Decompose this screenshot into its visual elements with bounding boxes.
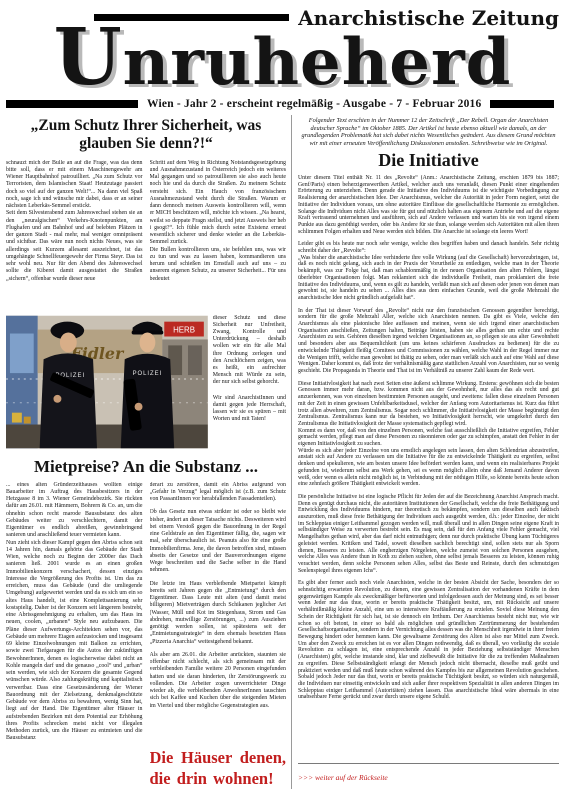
initiative-p5: Diese Initiativlosigkeit hat nach zwei S… [298, 381, 559, 428]
right-column: Folgender Text erschien in der Nummer 12… [291, 115, 559, 789]
article1-col1-p2: Seit dem Silvesterabend zum Jahreswechse… [6, 210, 143, 283]
article1-col2: Schritt auf dem Weg in Richtung Notstand… [150, 160, 287, 312]
initiative-p7: Würde es sich aber jeder Einzelne von un… [298, 448, 559, 488]
continuation-note: >>> weiter auf der Rückseite [298, 773, 388, 782]
article1-col1-p1: schnauzt mich der Bulle an auf die Frage… [6, 160, 143, 211]
article1-col2-p1: Schritt auf dem Weg in Richtung Notstand… [150, 160, 287, 247]
masthead-bar [94, 14, 289, 21]
article1-text: schnauzt mich der Bulle an auf die Frage… [6, 160, 286, 312]
continuation-footer: >>> weiter auf der Rückseite [298, 763, 559, 789]
page-columns: „Zum Schutz Ihrer Sicherheit, was glaube… [6, 115, 559, 790]
article2-text: ... eines alten Gründerzeithauses wollte… [6, 482, 286, 790]
officer-left-face [60, 332, 77, 352]
article2-slogan: Die Häuser denen, die drin wohnen! [150, 748, 287, 789]
dateline-bar-left [6, 100, 138, 108]
initiative-p2: Leider gibt es bis heute nur noch sehr w… [298, 241, 559, 254]
article2-col2: derart zu zerstören, damit ein Abriss au… [150, 482, 287, 790]
officer-right-face [140, 332, 156, 352]
article2-col1-p2: Nun zieht sich dieser Kampf gegen den Ab… [6, 540, 143, 743]
masthead-dateline-row: Wien - Jahr 2 - erscheint regelmäßig - A… [6, 98, 559, 110]
newspaper-front-page: Anarchistische Zeitung Unruheherd Wien -… [0, 0, 566, 790]
initiative-p6: Kommt es dann vor, daß von den einzelnen… [298, 428, 559, 448]
photo-side-p2: Wir sind AnarchistInnen und damit gegen … [213, 395, 286, 424]
newspaper-title: Unruheherd [6, 23, 559, 98]
article2-col1: ... eines alten Gründerzeithauses wollte… [6, 482, 143, 790]
photo-side-p1: dieser Schutz und diese Sicherheit nur U… [213, 315, 286, 387]
article1-col1: schnauzt mich der Bulle an auf die Frage… [6, 160, 143, 312]
article2-col2-p3: Die letzte im Haus verbleibende Mietpart… [150, 581, 287, 646]
article2-headline: Mietpreise? An die Substanz ... [6, 457, 286, 477]
initiative-p8: Die persönliche Initiative ist eine logi… [298, 494, 559, 574]
article1-headline: „Zum Schutz Ihrer Sicherheit, was glaube… [10, 117, 282, 154]
article2-col2-p2: Ob das Gesetz nun etwas strikter ist ode… [150, 509, 287, 574]
article2-col2-p4: Als aber am 26.01. die Arbeiter anrückte… [150, 652, 287, 710]
initiative-headline: Die Initiative [298, 150, 559, 171]
article1-photo-side-text: dieser Schutz und diese Sicherheit nur U… [213, 315, 286, 449]
police-officers-photo: Fidler HERB POLIZ [6, 315, 208, 449]
initiative-p1: Unter diesem Titel enthält Nr. 11 des „R… [298, 175, 559, 235]
initiative-intro: Folgender Text erschien in der Nummer 12… [300, 117, 557, 147]
red-sign-text: HERB [173, 325, 195, 334]
article2-col2-text: derart zu zerstören, damit ein Abriss au… [150, 482, 287, 745]
article2-col1-p1: ... eines alten Gründerzeithauses wollte… [6, 482, 143, 540]
officer-left-uniform [40, 353, 97, 448]
initiative-body: Unter diesem Titel enthält Nr. 11 des „R… [298, 175, 559, 760]
photo-row: Fidler HERB POLIZ [6, 315, 286, 449]
initiative-p4: In der That ist dieser Vorwurf des „Revo… [298, 308, 559, 375]
article1-col2-p2: Die Bullen kontrollieren uns, sie befehl… [150, 247, 287, 283]
initiative-p9: Es gibt aber ferner auch noch viele Anar… [298, 580, 559, 701]
dateline: Wien - Jahr 2 - erscheint regelmäßig - A… [147, 98, 481, 110]
dateline-bar-right [490, 100, 554, 108]
article2-col2-p1: derart zu zerstören, damit ein Abriss au… [150, 482, 287, 504]
left-column: „Zum Schutz Ihrer Sicherheit, was glaube… [6, 115, 291, 790]
initiative-p3: „Was bisher die anarchistische Idee verh… [298, 255, 559, 302]
vest-text-right: POLIZEI [133, 371, 163, 377]
